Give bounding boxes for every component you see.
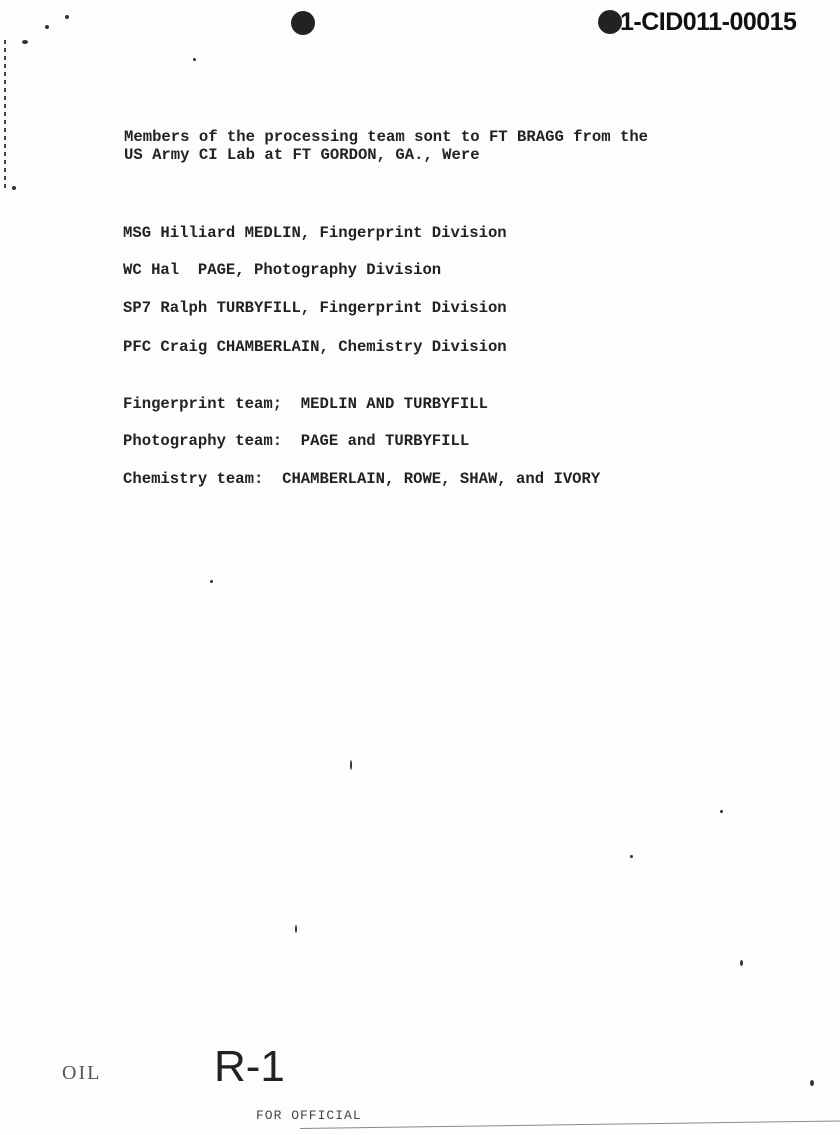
scan-edge-artifact	[4, 40, 6, 190]
faint-stamp: OIL	[62, 1062, 101, 1085]
seal-icon	[598, 10, 622, 34]
scan-speck	[210, 580, 213, 583]
scan-speck	[810, 1080, 814, 1086]
classification-mark: FOR OFFICIAL	[256, 1108, 362, 1123]
intro-paragraph: Members of the processing team sont to F…	[124, 128, 784, 164]
scan-speck	[350, 760, 352, 770]
member-line: PFC Craig CHAMBERLAIN, Chemistry Divisio…	[123, 338, 507, 356]
scan-speck	[740, 960, 743, 966]
scan-speck	[295, 925, 297, 933]
member-line: WC Hal PAGE, Photography Division	[123, 261, 441, 279]
document-id: 1-CID011-00015	[598, 8, 796, 37]
seal-icon	[291, 11, 315, 35]
team-line: Fingerprint team; MEDLIN AND TURBYFILL	[123, 395, 488, 413]
scan-speck	[45, 25, 49, 29]
team-line: Photography team: PAGE and TURBYFILL	[123, 432, 469, 450]
scan-speck	[22, 40, 28, 44]
scan-speck	[12, 186, 16, 190]
intro-line-1: Members of the processing team sont to F…	[124, 128, 648, 146]
scan-speck	[630, 855, 633, 858]
exhibit-stamp: R-1	[214, 1042, 285, 1092]
member-line: MSG Hilliard MEDLIN, Fingerprint Divisio…	[123, 224, 507, 242]
member-line: SP7 Ralph TURBYFILL, Fingerprint Divisio…	[123, 299, 507, 317]
team-line: Chemistry team: CHAMBERLAIN, ROWE, SHAW,…	[123, 470, 600, 488]
intro-line-2: US Army CI Lab at FT GORDON, GA., Were	[124, 146, 480, 164]
scan-speck	[193, 58, 196, 61]
scan-speck	[65, 15, 69, 19]
footer-rule	[300, 1120, 840, 1129]
scan-speck	[720, 810, 723, 813]
document-id-text: 1-CID011-00015	[620, 8, 796, 36]
document-page: 1-CID011-00015 Members of the processing…	[0, 0, 840, 1135]
